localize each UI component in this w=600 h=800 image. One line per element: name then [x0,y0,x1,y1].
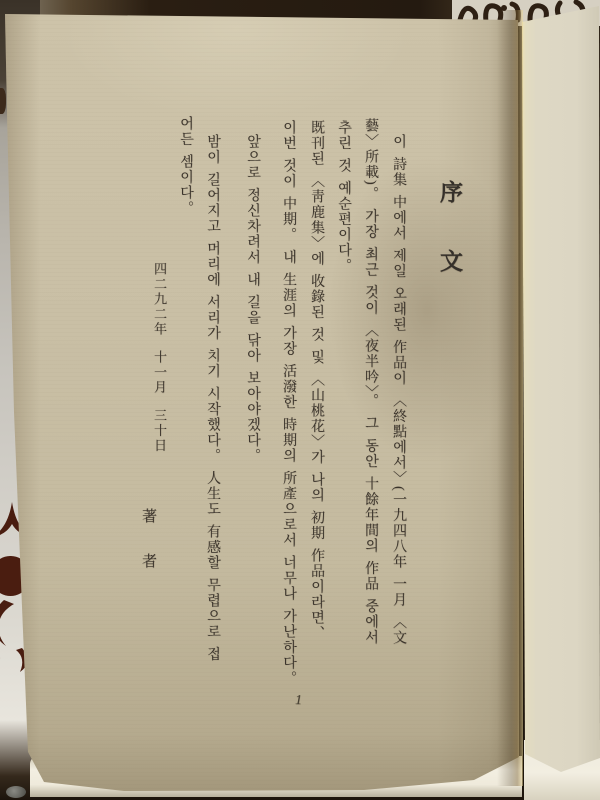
book-gutter-shadow [497,10,523,786]
preface-column: 추린 것 예순편이다。 [336,120,350,274]
preface-title: 序文 [438,180,461,318]
preface-column: 앞으로 정신차려서 내 길을 닦아 보아야겠다。 [245,134,259,464]
page-number: 1 [295,693,302,709]
paper-grain [4,12,520,796]
book-photo-scene: 序文 이 詩集 中에서 제일 오래된 作品이 〈終點에서〉(一九四八年 一月 〈… [0,0,600,800]
preface-column: 既刊된 〈靑鹿集〉에 收錄된 것 및 〈山桃花〉가 나의 初期 作品이라면、 [309,120,323,641]
date-line: 四二九二年 十一月 三十日 [153,262,166,454]
preface-page [4,12,520,796]
preface-column: 밤이 길어지고 머리에 서리가 치기 시작했다。 人生도 有感할 무렵으로 접 [205,134,219,662]
facing-page [521,0,600,800]
preface-column: 어든 셈이다。 [178,116,192,216]
pebble-on-floor [6,786,26,798]
preface-column: 이번 것이 中期。 내 生涯의 가장 活潑한 時期의 所產으로서 너무나 가난하… [281,120,295,686]
preface-column: 이 詩集 中에서 제일 오래된 作品이 〈終點에서〉(一九四八年 一月 〈文 [391,134,405,646]
preface-column: 藝〉所載)。 가장 최근 것이 〈夜半吟〉。 그 동안 十餘年間의 作品 중에서 [363,118,377,645]
author-signature: 著者 [140,508,155,598]
fabric-pattern-fragment [0,88,6,114]
